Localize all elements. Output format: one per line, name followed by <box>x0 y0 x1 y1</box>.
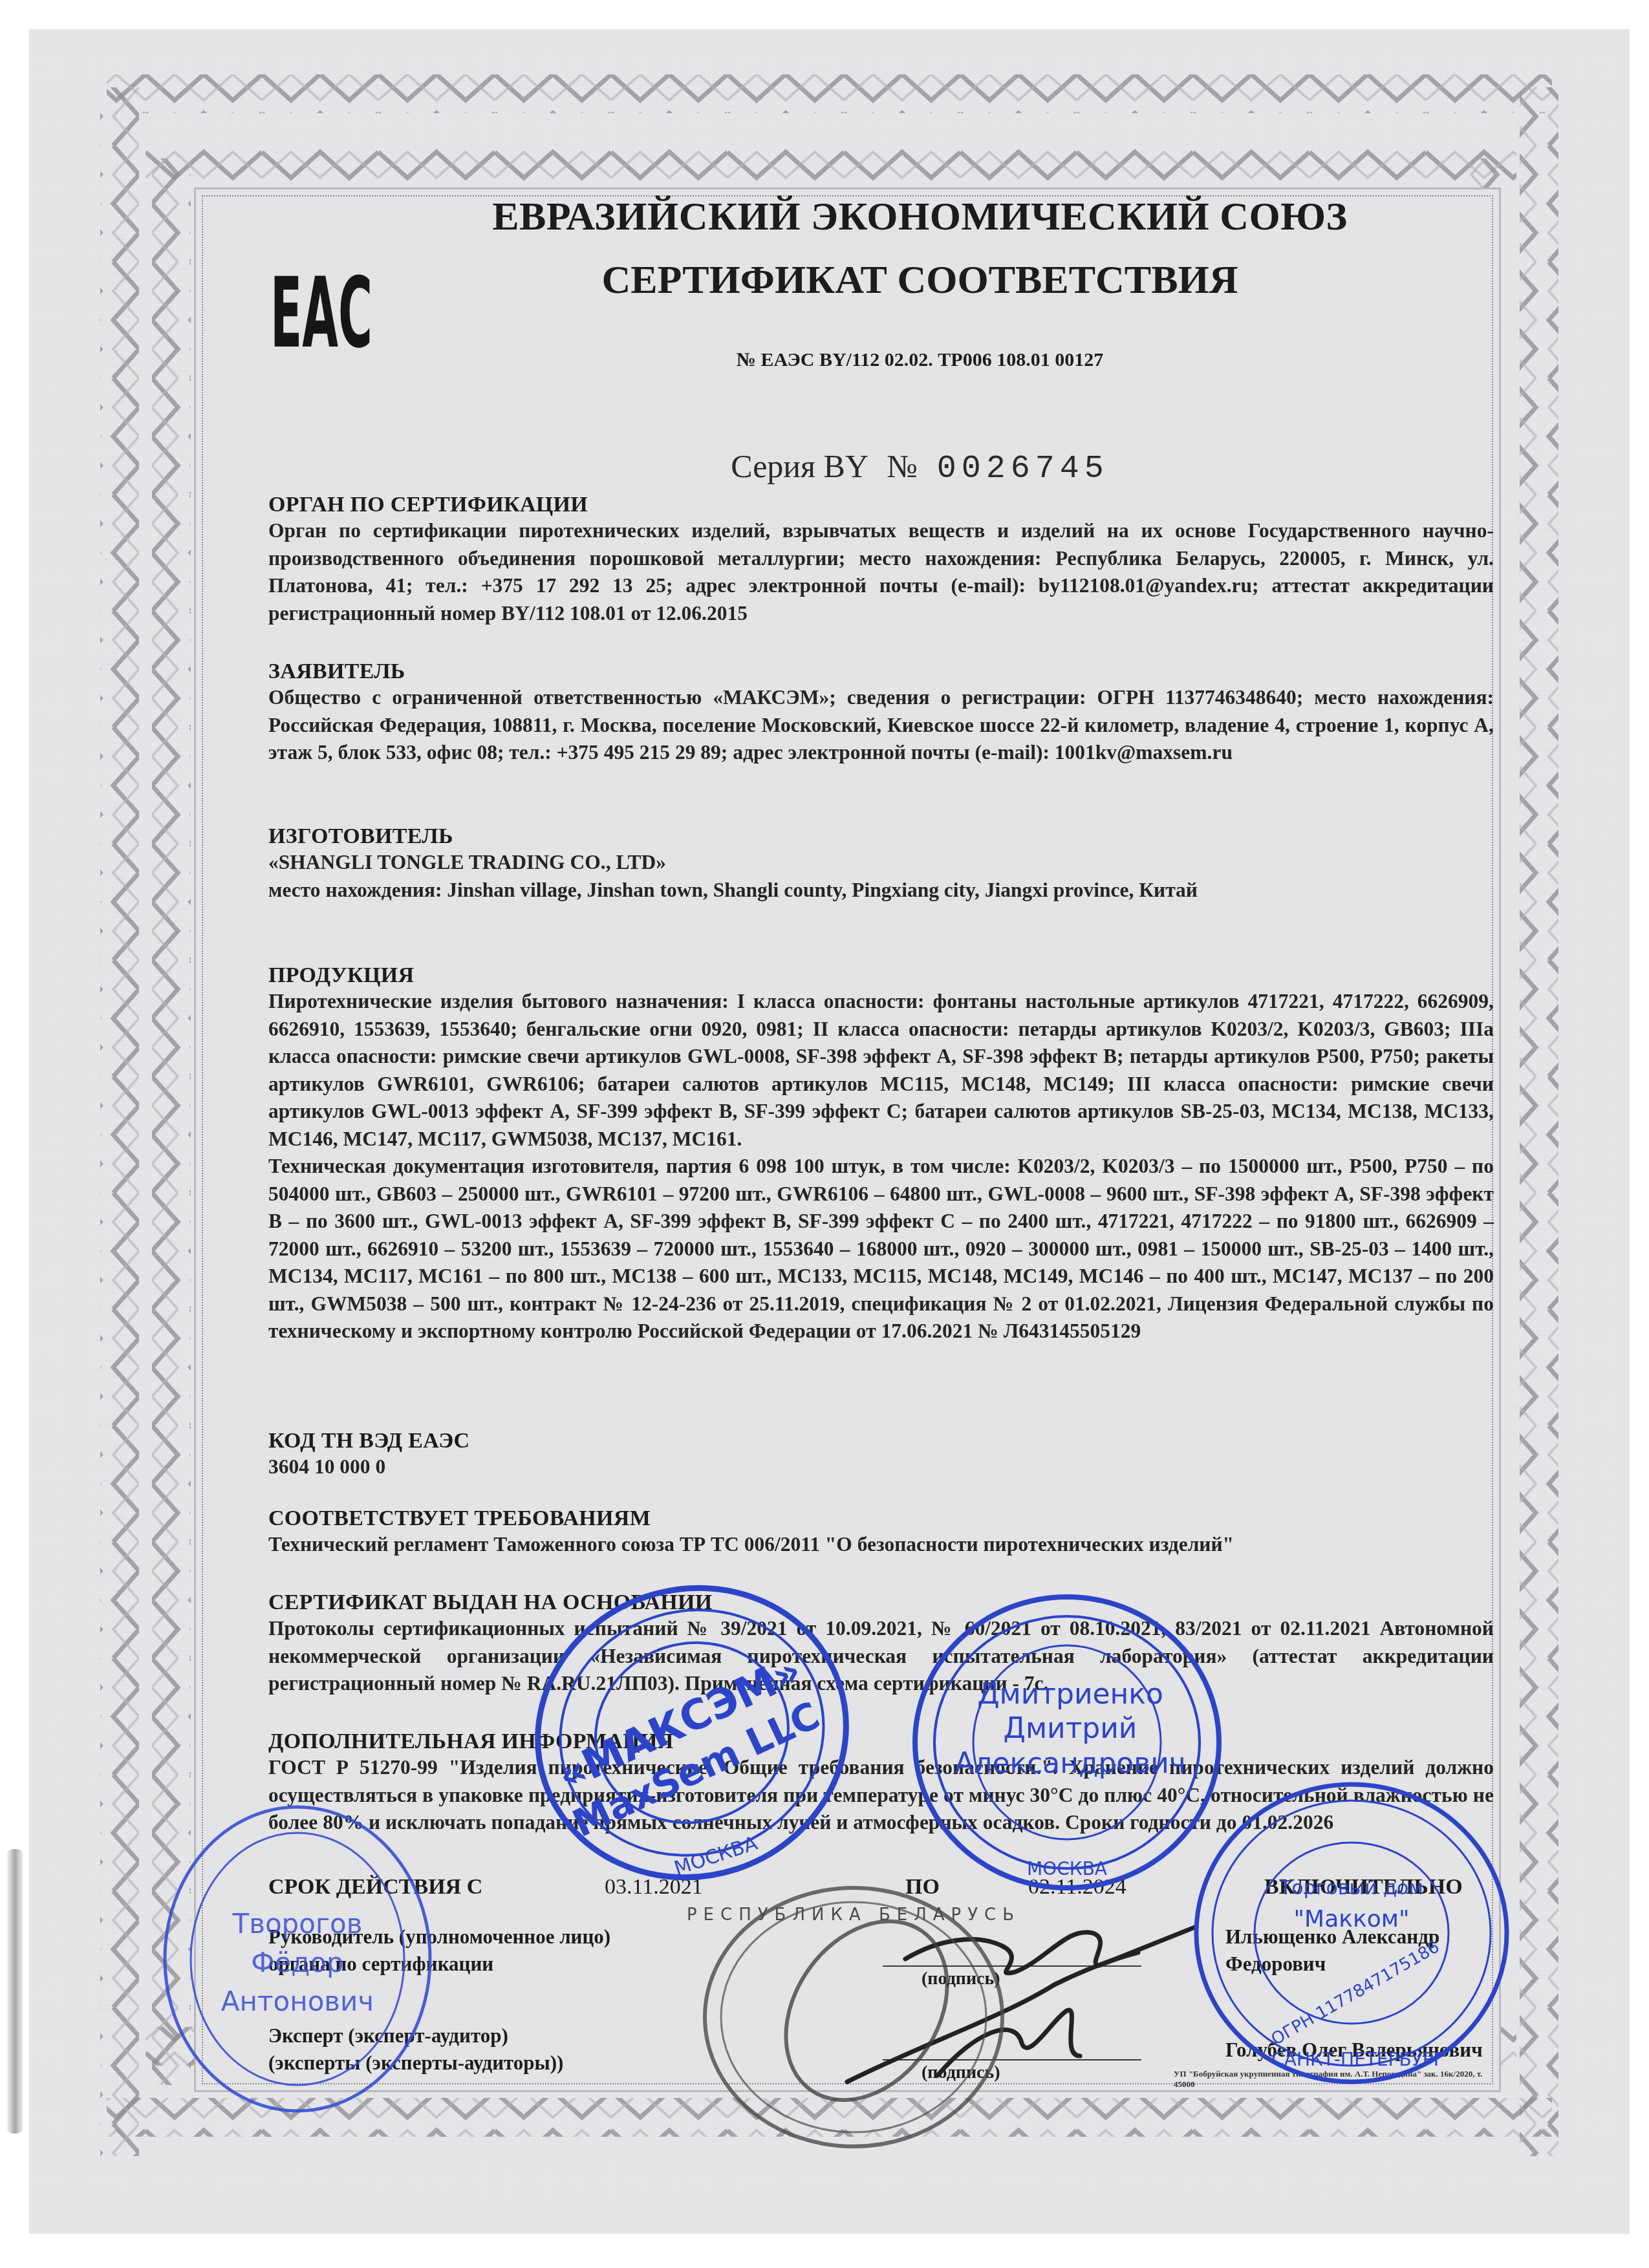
blank-series: Серия BY№0026745 <box>268 447 1494 487</box>
tn-ved-code: 3604 10 000 0 <box>268 1453 1494 1481</box>
section-heading: ПРОДУКЦИЯ <box>268 963 1494 988</box>
validity-period: СРОК ДЕЙСТВИЯ С 03.11.2021 ПО 02.11.2024… <box>268 1875 1494 1907</box>
requirements-text: Технический регламент Таможенного союза … <box>268 1531 1494 1559</box>
scan-artifact <box>6 1849 23 2134</box>
section-product: ПРОДУКЦИЯ Пиротехнические изделия бытово… <box>268 963 1494 1345</box>
head-name-line1: Ильющенко Александр <box>1225 1923 1439 1951</box>
product-description: Пиротехнические изделия бытового назначе… <box>268 988 1494 1153</box>
expert-name: Голубев Олег Валерьянович <box>1225 2037 1483 2064</box>
expert-label: Эксперт (эксперт-аудитор) (эксперты (экс… <box>268 2022 563 2077</box>
section-heading: СЕРТИФИКАТ ВЫДАН НА ОСНОВАНИИ <box>268 1590 1494 1615</box>
section-text: Общество с ограниченной ответственностью… <box>268 684 1494 767</box>
validity-from-label: СРОК ДЕЙСТВИЯ С <box>268 1875 482 1899</box>
technical-documentation: Техническая документация изготовителя, п… <box>268 1153 1494 1345</box>
head-label-line2: органа по сертификации <box>268 1951 610 1978</box>
manufacturer-address: место нахождения: Jinshan village, Jinsh… <box>268 877 1494 904</box>
head-label: Руководитель (уполномоченное лицо) орган… <box>268 1923 610 1978</box>
validity-from-date: 03.11.2021 <box>605 1875 703 1899</box>
head-label-line1: Руководитель (уполномоченное лицо) <box>268 1923 610 1951</box>
section-heading: СООТВЕТСТВУЕТ ТРЕБОВАНИЯМ <box>268 1506 1494 1531</box>
blank-number: 0026745 <box>937 451 1109 487</box>
section-heading: ЗАЯВИТЕЛЬ <box>268 659 1494 684</box>
expert-label-line2: (эксперты (эксперты-аудиторы)) <box>268 2049 563 2077</box>
expert-signature-line <box>883 2059 1141 2060</box>
head-signature-caption: (подпись) <box>921 1969 1000 1989</box>
basis-text: Протоколы сертификационных испытаний № 3… <box>268 1615 1494 1698</box>
printer-note: УП "Бобруйская укрупненная типография им… <box>1174 2069 1494 2090</box>
section-heading: ИЗГОТОВИТЕЛЬ <box>268 824 1494 849</box>
section-heading: КОД ТН ВЭД ЕАЭС <box>268 1429 1494 1453</box>
section-applicant: ЗАЯВИТЕЛЬ Общество с ограниченной ответс… <box>268 659 1494 767</box>
manufacturer-name: «SHANGLI TONGLE TRADING CO., LTD» <box>268 849 1494 877</box>
section-basis: СЕРТИФИКАТ ВЫДАН НА ОСНОВАНИИ Протоколы … <box>268 1590 1494 1698</box>
union-title: ЕВРАЗИЙСКИЙ ЭКОНОМИЧЕСКИЙ СОЮЗ <box>268 194 1494 240</box>
section-heading: ДОПОЛНИТЕЛЬНАЯ ИНФОРМАЦИЯ <box>268 1729 1494 1754</box>
registration-number: № ЕАЭС BY/112 02.02. ТР006 108.01 00127 <box>268 349 1494 371</box>
expert-signature-caption: (подпись) <box>921 2062 1000 2083</box>
section-manufacturer: ИЗГОТОВИТЕЛЬ «SHANGLI TONGLE TRADING CO.… <box>268 824 1494 904</box>
number-sign: № <box>887 448 918 484</box>
head-name: Ильющенко Александр Федорович <box>1225 1923 1439 1978</box>
expert-label-line1: Эксперт (эксперт-аудитор) <box>268 2022 563 2049</box>
head-signature-line <box>883 1965 1141 1967</box>
validity-to-label: ПО <box>905 1875 940 1899</box>
additional-text: ГОСТ Р 51270-99 "Изделия пиротехнические… <box>268 1754 1494 1837</box>
section-additional-info: ДОПОЛНИТЕЛЬНАЯ ИНФОРМАЦИЯ ГОСТ Р 51270-9… <box>268 1729 1494 1837</box>
validity-inclusive: ВКЛЮЧИТЕЛЬНО <box>1264 1875 1463 1899</box>
validity-to-date: 02.11.2024 <box>1028 1875 1126 1899</box>
section-heading: ОРГАН ПО СЕРТИФИКАЦИИ <box>268 493 1494 517</box>
section-text: Орган по сертификации пиротехнических из… <box>268 517 1494 627</box>
section-certification-body: ОРГАН ПО СЕРТИФИКАЦИИ Орган по сертифика… <box>268 493 1494 627</box>
section-tn-ved: КОД ТН ВЭД ЕАЭС 3604 10 000 0 <box>268 1429 1494 1481</box>
series-label: Серия BY <box>731 448 868 484</box>
section-requirements: СООТВЕТСТВУЕТ ТРЕБОВАНИЯМ Технический ре… <box>268 1506 1494 1559</box>
head-name-line2: Федорович <box>1225 1951 1439 1978</box>
certificate-title: СЕРТИФИКАТ СООТВЕТСТВИЯ <box>268 257 1494 303</box>
